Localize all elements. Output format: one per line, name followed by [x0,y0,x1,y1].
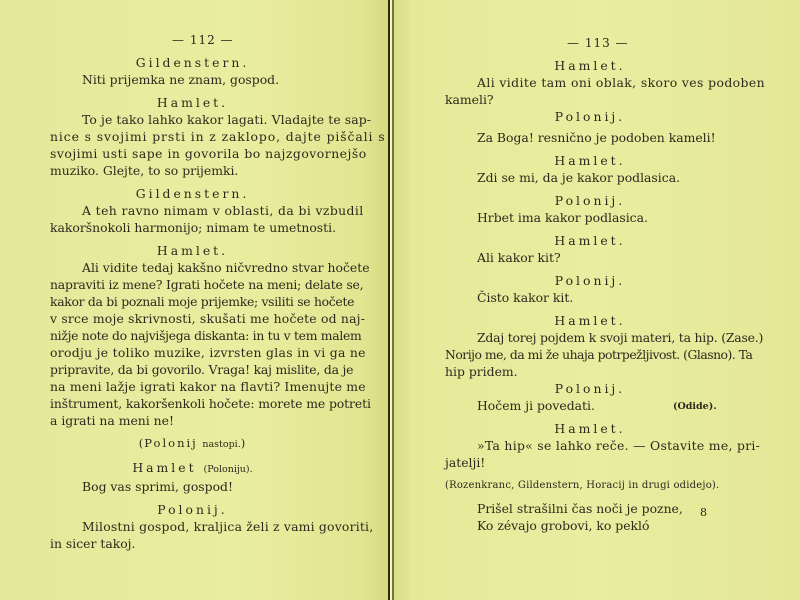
stage-direction: (Polonij nastopi.) [50,435,335,453]
speaker-heading: Polonij. [445,192,735,209]
dialogue-paragraph: »Ta hip« se lahko reče. — Ostavite me, p… [445,437,735,471]
speaker-heading: Hamlet. [445,420,735,437]
dialogue-line: kameli? [445,91,735,108]
stage-aside: (Odide). [673,398,717,415]
left-page-text: Gildenstern. Niti prijemka ne znam, gosp… [50,54,335,552]
speaker-heading: Polonij. [445,380,735,397]
speaker-heading: Gildenstern. [50,54,335,71]
dialogue-line: Ali vidite tam oni oblak, skoro ves podo… [445,74,735,91]
dialogue-line: Ali kakor kit? [445,249,735,266]
signature-mark: 8 [700,506,707,519]
speaker-heading: Polonij. [445,272,735,289]
dialogue-line: Bog vas sprimi, gospod! [50,478,335,495]
dialogue-paragraph: Zdaj torej pojdem k svoji materi, ta hip… [445,329,735,380]
speaker-heading: Polonij. [50,501,335,518]
dialogue-line: Zdi se mi, da je kakor podlasica. [445,169,735,186]
speaker-heading: Hamlet. [50,242,335,259]
speaker-heading: Hamlet. [445,152,735,169]
dialogue-line: Hrbet ima kakor podlasica. [445,209,735,226]
speaker-heading: Hamlet (Poloniju). [50,459,335,478]
dialogue-paragraph: Milostni gospod, kraljica želi z vami go… [50,518,335,552]
stage-direction: (Rozenkranc, Gildenstern, Horacij in dru… [445,477,735,494]
book-spread: — 112 — Gildenstern. Niti prijemka ne zn… [0,0,800,600]
speaker-heading: Hamlet. [445,57,735,74]
dialogue-line: Čisto kakor kit. [445,289,735,306]
gutter-edge [392,0,394,600]
dialogue-paragraph: A teh ravno nimam v oblasti, da bi vzbud… [50,202,335,236]
speaker-heading: Gildenstern. [50,185,335,202]
speaker-heading: Hamlet. [50,94,335,111]
page-number-left: — 112 — [172,33,234,47]
book-gutter [387,0,397,600]
right-page-text: Hamlet. Ali vidite tam oni oblak, skoro … [445,57,735,534]
verse: Prišel strašilni čas noči je pozne, Ko z… [445,500,735,534]
speaker-heading: Hamlet. [445,312,735,329]
dialogue-paragraph: Ali vidite tedaj kakšno ničvredno stvar … [50,259,335,429]
dialogue-line: Hočem ji povedati. (Odide). [445,397,735,414]
dialogue-paragraph: To je tako lahko kakor lagati. Vladajte … [50,111,335,179]
speaker-heading: Polonij. [445,108,735,125]
page-number-right: — 113 — [567,36,629,50]
dialogue-line: Niti prijemka ne znam, gospod. [50,71,335,88]
speaker-heading: Hamlet. [445,232,735,249]
dialogue-line: Za Boga! resnično je podoben kameli! [445,129,735,146]
